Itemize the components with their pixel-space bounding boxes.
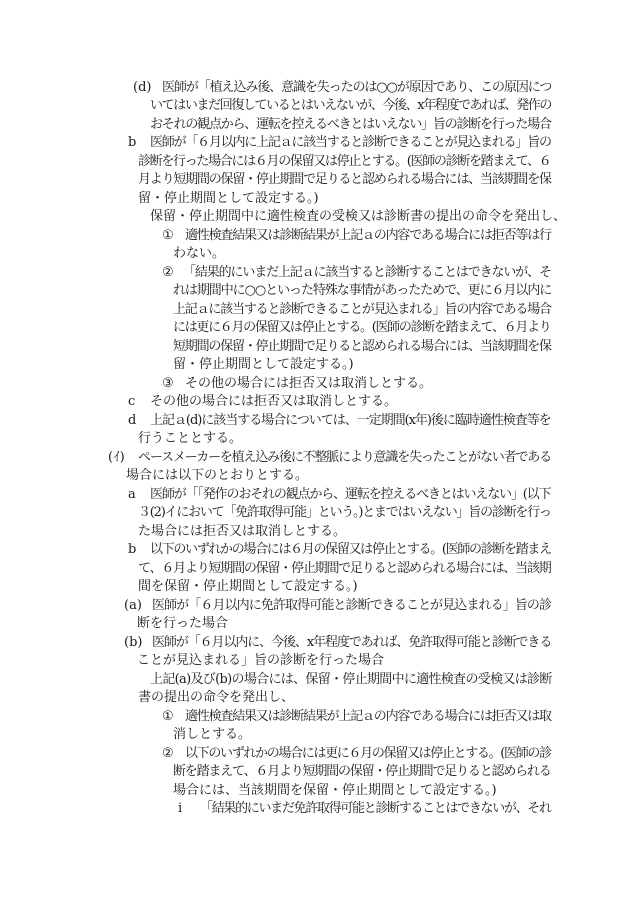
line-text: 以下のいずれかの場合には６月の保留又は停止とする。(医師の診断を踏まえ: [150, 541, 551, 559]
line-text: 医師が「植え込み後、意識を失ったのは○○が原因であり、この原因につ: [162, 79, 551, 97]
text-line: れは期間中に○○といった特殊な事情があったためで、更に６月以内に: [173, 282, 552, 300]
line-text: 「結果的にいまだ上記ａに該当すると診断することはできないが、そ: [183, 264, 551, 282]
line-text: 医師が「「発作のおそれの観点から、運転を控えるべきとはいえない」(以下: [150, 486, 550, 504]
item-marker: (d): [133, 79, 151, 97]
text-line: ③ その他の場合には拒否又は取消しとする。: [162, 375, 462, 393]
line-text: ペースメーカーを植え込み後に不整脈により意識を失ったことがない者である: [138, 449, 551, 467]
text-line: ② 以下のいずれかの場合には更に６月の保留又は停止とする。(医師の診: [162, 745, 552, 763]
line-text: 留・停止期間として設定する。): [138, 190, 319, 208]
text-line: ことが見込まれる」旨の診断を行った場合: [137, 652, 397, 670]
item-marker: (ｲ): [108, 449, 125, 467]
text-line: d 上記ａ(d)に該当する場合については、一定期間(x年)後に臨時適性検査等を: [128, 412, 552, 430]
item-marker: d: [128, 412, 136, 430]
line-text: 書の提出の命令を発出し、: [138, 689, 294, 707]
document-page: (d) 医師が「植え込み後、意識を失ったのは○○が原因であり、この原因につ いて…: [0, 0, 630, 903]
text-line: 行うこととする。: [138, 430, 278, 448]
line-text: 適性検査結果又は診断結果が上記ａの内容である場合には拒否等は行: [185, 227, 551, 245]
text-line: ① 適性検査結果又は診断結果が上記ａの内容である場合には拒否等は行: [162, 227, 552, 245]
text-line: 書の提出の命令を発出し、: [138, 689, 318, 707]
line-text: 短期間の保留・停止期間で足りると認められる場合には、当該期間を保: [173, 338, 551, 356]
text-line: 月より短期間の保留・停止期間で足りると認められる場合には、当該期間を保: [138, 171, 552, 189]
line-text: その他の場合には拒否又は取消しとする。: [150, 393, 397, 411]
line-text: ３(2)イにおいて「免許取得可能」という。)とまではいえない」旨の診断を行っ: [138, 504, 551, 522]
text-line: 場合には、当該期間を保留・停止期間として設定する。): [173, 782, 503, 800]
item-marker: ①: [162, 227, 174, 245]
item-marker: ②: [162, 745, 174, 763]
line-text: 医師が「６月以内に、今後、x年程度であれば、免許取得可能と診断できる: [152, 634, 551, 652]
item-marker: a: [128, 486, 136, 504]
text-line: わない。: [173, 245, 253, 263]
line-text: れは期間中に○○といった特殊な事情があったためで、更に６月以内に: [173, 282, 551, 300]
text-line: 消しとする。: [173, 726, 273, 744]
line-text: た場合には拒否又は取消しとする。: [138, 523, 346, 541]
text-line: 間を保留・停止期間として設定する。): [138, 578, 378, 596]
text-line: 上記ａに該当すると診断できることが見込まれる」旨の内容である場合: [173, 301, 552, 319]
item-marker: b: [128, 134, 136, 152]
line-text: ことが見込まれる」旨の診断を行った場合: [137, 652, 384, 670]
text-line: 断を行った場合: [137, 615, 257, 633]
line-text: 断を踏まえて、６月より短期間の保留・停止期間で足りると認められる: [173, 763, 551, 781]
text-line: た場合には拒否又は取消しとする。: [138, 523, 398, 541]
text-line: b 以下のいずれかの場合には６月の保留又は停止とする。(医師の診断を踏まえ: [128, 541, 552, 559]
item-marker: (b): [124, 634, 142, 652]
text-line: ② 「結果的にいまだ上記ａに該当すると診断することはできないが、そ: [162, 264, 552, 282]
line-text: わない。: [173, 245, 225, 263]
line-text: 留・停止期間として設定する。): [173, 356, 354, 374]
text-line: ① 適性検査結果又は診断結果が上記ａの内容である場合には拒否又は取: [162, 708, 552, 726]
line-text: その他の場合には拒否又は取消しとする。: [185, 375, 432, 393]
line-text: 上記(a)及び(b)の場合には、保留・停止期間中に適性検査の受検又は診断: [150, 671, 552, 689]
text-line: a 医師が「「発作のおそれの観点から、運転を控えるべきとはいえない」(以下: [128, 486, 552, 504]
line-text: 適性検査結果又は診断結果が上記ａの内容である場合には拒否又は取: [185, 708, 551, 726]
text-line: 保留・停止期間中に適性検査の受検又は診断書の提出の命令を発出し、: [150, 208, 480, 226]
line-text: 医師が「６月以内に上記ａに該当すると診断できることが見込まれる」旨の: [150, 134, 551, 152]
text-line: いてはいまだ回復しているとはいえないが、今後、x年程度であれば、発作の: [150, 97, 552, 115]
text-line: 上記(a)及び(b)の場合には、保留・停止期間中に適性検査の受検又は診断: [150, 671, 552, 689]
line-text: 場合には、当該期間を保留・停止期間として設定する。): [173, 782, 497, 800]
text-line: 断を踏まえて、６月より短期間の保留・停止期間で足りると認められる: [173, 763, 552, 781]
item-marker: b: [128, 541, 136, 559]
line-text: 以下のいずれかの場合には更に６月の保留又は停止とする。(医師の診: [185, 745, 551, 763]
line-text: 診断を行った場合には６月の保留又は停止とする。(医師の診断を踏まえて、６: [138, 153, 551, 171]
line-text: 消しとする。: [173, 726, 251, 744]
line-text: 上記ａに該当すると診断できることが見込まれる」旨の内容である場合: [173, 301, 551, 319]
text-line: おそれの観点から、運転を控えるべきとはいえない」旨の診断を行った場合: [150, 116, 552, 134]
line-text: 保留・停止期間中に適性検査の受検又は診断書の提出の命令を発出し、: [150, 208, 566, 226]
line-text: 医師が「６月以内に免許取得可能と診断できることが見込まれる」旨の診: [152, 597, 551, 615]
item-marker: (a): [124, 597, 142, 615]
item-marker: ③: [162, 375, 174, 393]
text-line: ３(2)イにおいて「免許取得可能」という。)とまではいえない」旨の診断を行っ: [138, 504, 552, 522]
text-line: 場合には以下のとおりとする。: [126, 467, 346, 485]
text-line: て、６月より短期間の保留・停止期間で足りると認められる場合には、当該期: [138, 560, 552, 578]
line-text: 行うこととする。: [138, 430, 242, 448]
text-line: c その他の場合には拒否又は取消しとする。: [128, 393, 428, 411]
line-text: 「結果的にいまだ免許取得可能と診断することはできないが、それ: [200, 800, 551, 818]
text-line: 留・停止期間として設定する。): [138, 190, 338, 208]
item-marker: c: [128, 393, 135, 411]
text-line: b 医師が「６月以内に上記ａに該当すると診断できることが見込まれる」旨の: [128, 134, 552, 152]
text-line: 留・停止期間として設定する。): [173, 356, 393, 374]
line-text: 断を行った場合: [137, 615, 228, 633]
line-text: 月より短期間の保留・停止期間で足りると認められる場合には、当該期間を保: [138, 171, 551, 189]
line-text: いてはいまだ回復しているとはいえないが、今後、x年程度であれば、発作の: [150, 97, 551, 115]
text-line: には更に６月の保留又は停止とする。(医師の診断を踏まえて、６月より: [173, 319, 552, 337]
text-line: (a) 医師が「６月以内に免許取得可能と診断できることが見込まれる」旨の診: [124, 597, 552, 615]
line-text: には更に６月の保留又は停止とする。(医師の診断を踏まえて、６月より: [173, 319, 551, 337]
item-marker: ①: [162, 708, 174, 726]
line-text: 上記ａ(d)に該当する場合については、一定期間(x年)後に臨時適性検査等を: [150, 412, 551, 430]
line-text: 場合には以下のとおりとする。: [126, 467, 308, 485]
text-line: (b) 医師が「６月以内に、今後、x年程度であれば、免許取得可能と診断できる: [124, 634, 552, 652]
text-line: 診断を行った場合には６月の保留又は停止とする。(医師の診断を踏まえて、６: [138, 153, 552, 171]
text-line: i 「結果的にいまだ免許取得可能と診断することはできないが、それ: [178, 800, 552, 818]
text-line: (d) 医師が「植え込み後、意識を失ったのは○○が原因であり、この原因につ: [133, 79, 552, 97]
line-text: おそれの観点から、運転を控えるべきとはいえない」旨の診断を行った場合: [150, 116, 551, 134]
text-line: (ｲ) ペースメーカーを植え込み後に不整脈により意識を失ったことがない者である: [108, 449, 552, 467]
text-line: 短期間の保留・停止期間で足りると認められる場合には、当該期間を保: [173, 338, 552, 356]
line-text: て、６月より短期間の保留・停止期間で足りると認められる場合には、当該期: [138, 560, 551, 578]
line-text: 間を保留・停止期間として設定する。): [138, 578, 358, 596]
item-marker: ②: [162, 264, 174, 282]
item-marker: i: [178, 800, 182, 818]
